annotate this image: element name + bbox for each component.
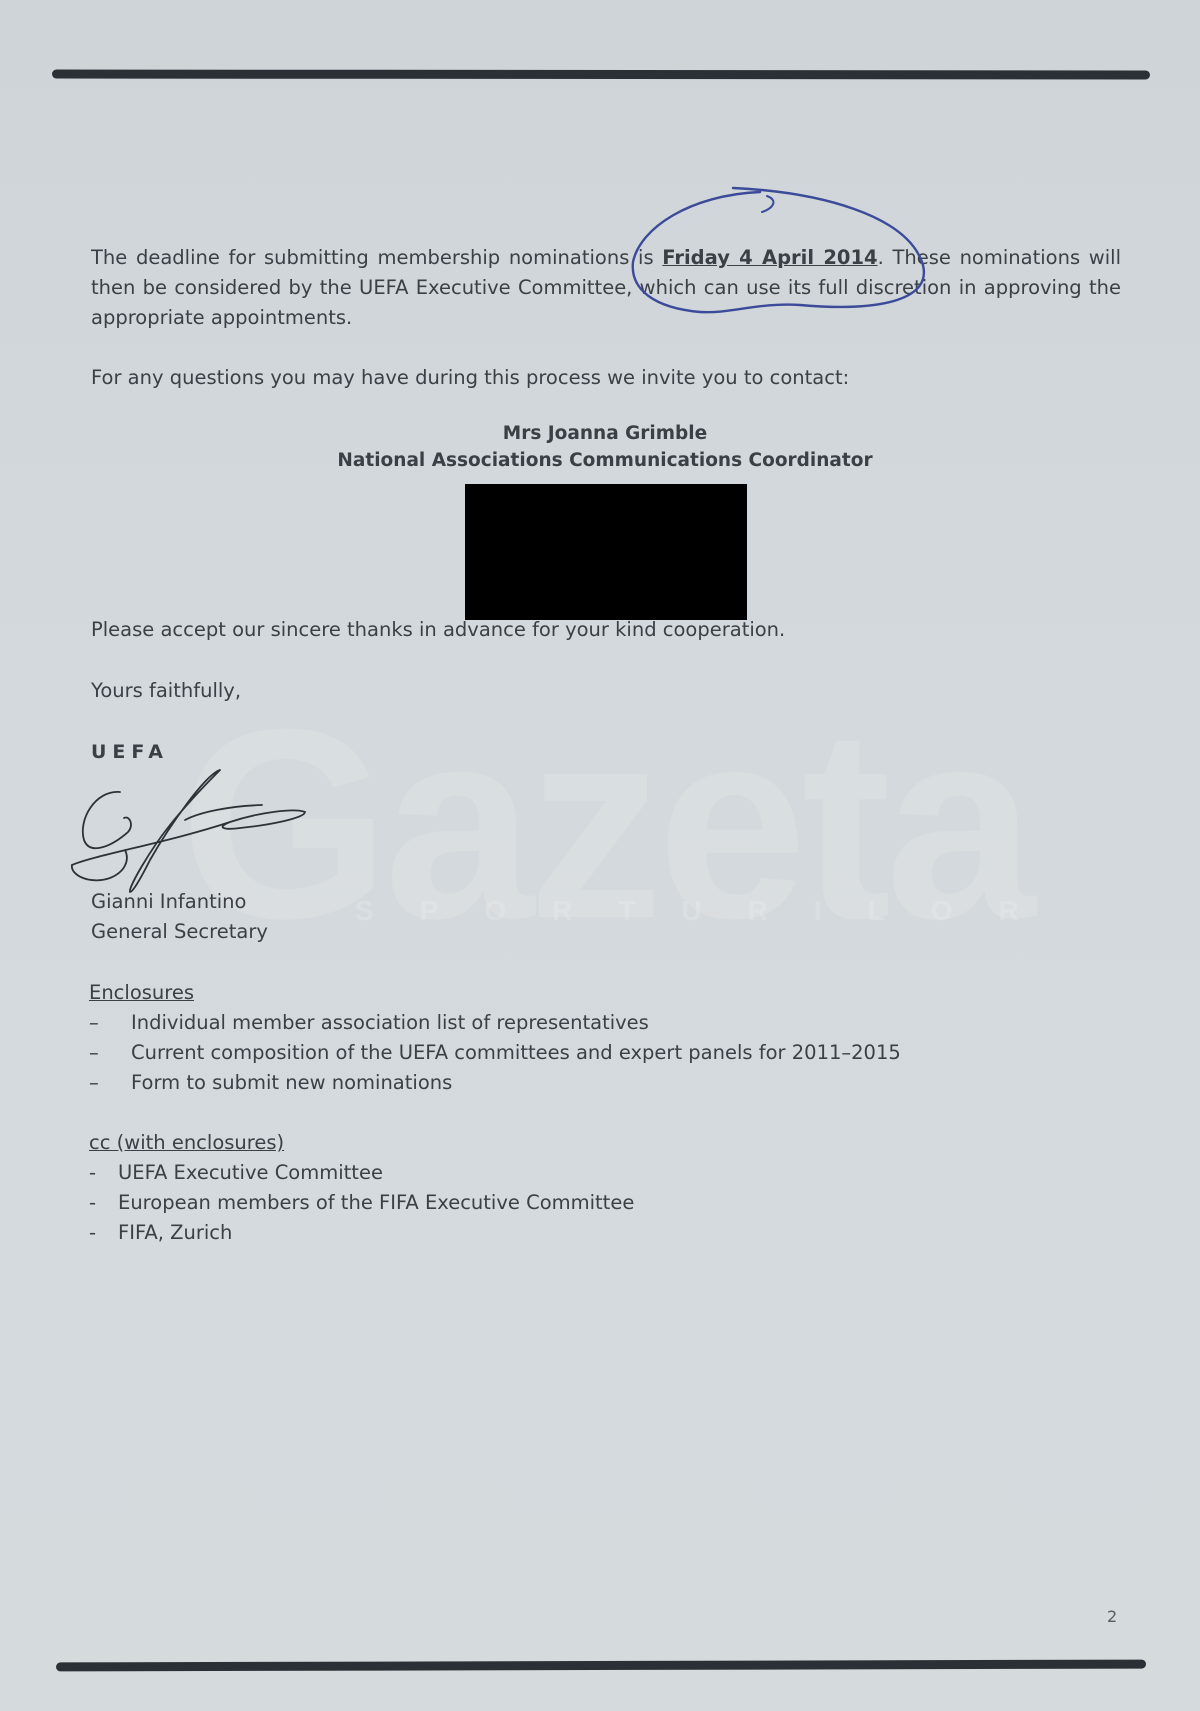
contact-title: National Associations Communications Coo…	[0, 447, 1200, 474]
text-run: . These nominations will	[878, 246, 1121, 269]
list-item: –Individual member association list of r…	[89, 1008, 901, 1038]
list-item-text: Individual member association list of re…	[131, 1011, 649, 1034]
dash-bullet: -	[89, 1188, 118, 1218]
list-item-text: Form to submit new nominations	[131, 1071, 452, 1094]
header-rule	[52, 70, 1150, 80]
page-number: 2	[1107, 1607, 1117, 1626]
dash-bullet: –	[89, 1068, 131, 1098]
redaction-box	[465, 484, 747, 620]
organization-name: UEFA	[91, 737, 169, 767]
contact-intro: For any questions you may have during th…	[91, 363, 849, 393]
enclosures-list: –Individual member association list of r…	[89, 1008, 901, 1098]
dash-bullet: –	[89, 1038, 131, 1068]
watermark-main: Gazeta	[180, 690, 1029, 960]
list-item-text: UEFA Executive Committee	[118, 1161, 383, 1184]
list-item: -UEFA Executive Committee	[89, 1158, 634, 1188]
cc-list: -UEFA Executive Committee -European memb…	[89, 1158, 634, 1248]
cc-heading: cc (with enclosures)	[89, 1128, 284, 1158]
paragraph-line: appropriate appointments.	[91, 303, 1121, 333]
signatory-title: General Secretary	[91, 917, 268, 947]
paragraph-line: then be considered by the UEFA Executive…	[91, 273, 1121, 303]
dash-bullet: -	[89, 1158, 118, 1188]
list-item: -European members of the FIFA Executive …	[89, 1188, 634, 1218]
deadline-paragraph: The deadline for submitting membership n…	[91, 243, 1121, 333]
closing: Yours faithfully,	[91, 676, 241, 706]
footer-rule	[56, 1660, 1146, 1672]
contact-name: Mrs Joanna Grimble	[0, 420, 1200, 447]
pen-tick-annotation	[762, 196, 773, 212]
thanks-paragraph: Please accept our sincere thanks in adva…	[91, 615, 785, 645]
deadline-date: Friday 4 April 2014	[662, 246, 877, 269]
dash-bullet: -	[89, 1218, 118, 1248]
enclosures-heading: Enclosures	[89, 978, 194, 1008]
list-item-text: Current composition of the UEFA committe…	[131, 1041, 901, 1064]
list-item: –Form to submit new nominations	[89, 1068, 901, 1098]
list-item: –Current composition of the UEFA committ…	[89, 1038, 901, 1068]
text-run: The deadline for submitting membership n…	[91, 246, 662, 269]
signature	[72, 770, 305, 892]
list-item: -FIFA, Zurich	[89, 1218, 634, 1248]
dash-bullet: –	[89, 1008, 131, 1038]
contact-block: Mrs Joanna Grimble National Associations…	[0, 420, 1200, 474]
list-item-text: European members of the FIFA Executive C…	[118, 1191, 634, 1214]
list-item-text: FIFA, Zurich	[118, 1221, 232, 1244]
paragraph-line: The deadline for submitting membership n…	[91, 243, 1121, 273]
watermark-sub: SPORTURILOR	[355, 895, 1065, 927]
signatory-name: Gianni Infantino	[91, 887, 246, 917]
